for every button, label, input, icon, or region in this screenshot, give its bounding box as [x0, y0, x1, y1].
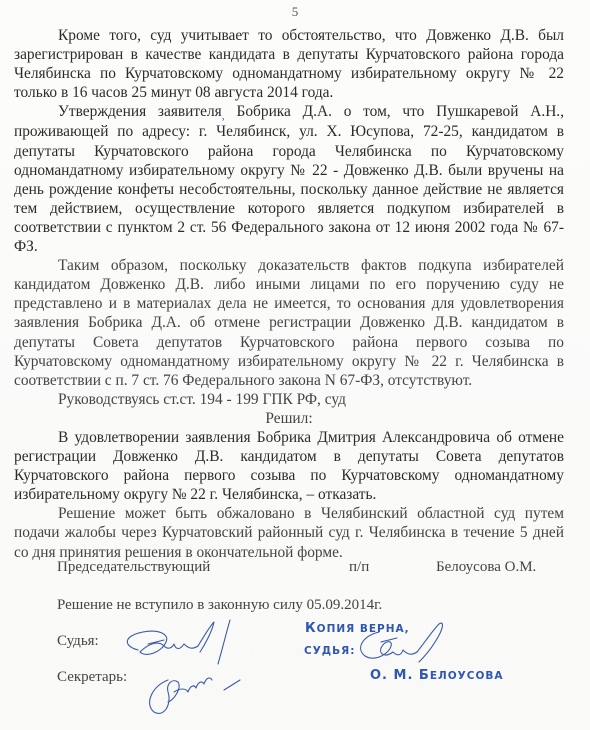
paragraph-lead: Утверждения заявителя — [58, 103, 222, 120]
page-number: 5 — [0, 4, 590, 20]
presiding-label: Председательствующий — [57, 559, 210, 576]
paragraph-registration-time: Кроме того, суд учитывает то обстоятельс… — [14, 26, 564, 102]
paragraph-lead-rest: Бобрика Д.А. о том, что Пушкаревой А.Н., — [237, 103, 565, 120]
paragraph-appeal: Решение может быть обжаловано в Челябинс… — [14, 504, 564, 561]
document-body: Кроме того, суд учитывает то обстоятельс… — [14, 26, 564, 562]
paragraph-conclusion: Таким образом, поскольку доказательств ф… — [14, 256, 564, 390]
paragraph-applicant-claims: Утверждения заявителя, Бобрика Д.А. о то… — [14, 102, 564, 256]
paragraph-ruling: В удовлетворении заявления Бобрика Дмитр… — [14, 428, 564, 504]
paragraph-body: проживающей по адресу: г. Челябинск, ул.… — [14, 123, 564, 255]
judge-label: Судья: — [57, 633, 99, 650]
ruling-heading: Решил: — [14, 409, 564, 428]
document-page: 5 Кроме того, суд учитывает то обстоятел… — [0, 0, 590, 730]
secretary-signature — [138, 660, 248, 720]
presiding-mark: п/п — [349, 559, 369, 576]
handwritten-mark: , — [222, 108, 225, 122]
stamp-signature — [345, 618, 455, 668]
not-in-force-note: Решение не вступило в законную силу 05.0… — [57, 597, 382, 614]
certified-copy-stamp-line3: О. М. БЕЛОУСОВА — [370, 668, 504, 683]
presiding-name: Белоусова О.М. — [436, 559, 536, 576]
secretary-label: Секретарь: — [57, 669, 127, 686]
paragraph-guided-by: Руководствуясь ст.ст. 194 - 199 ГПК РФ, … — [14, 390, 564, 409]
